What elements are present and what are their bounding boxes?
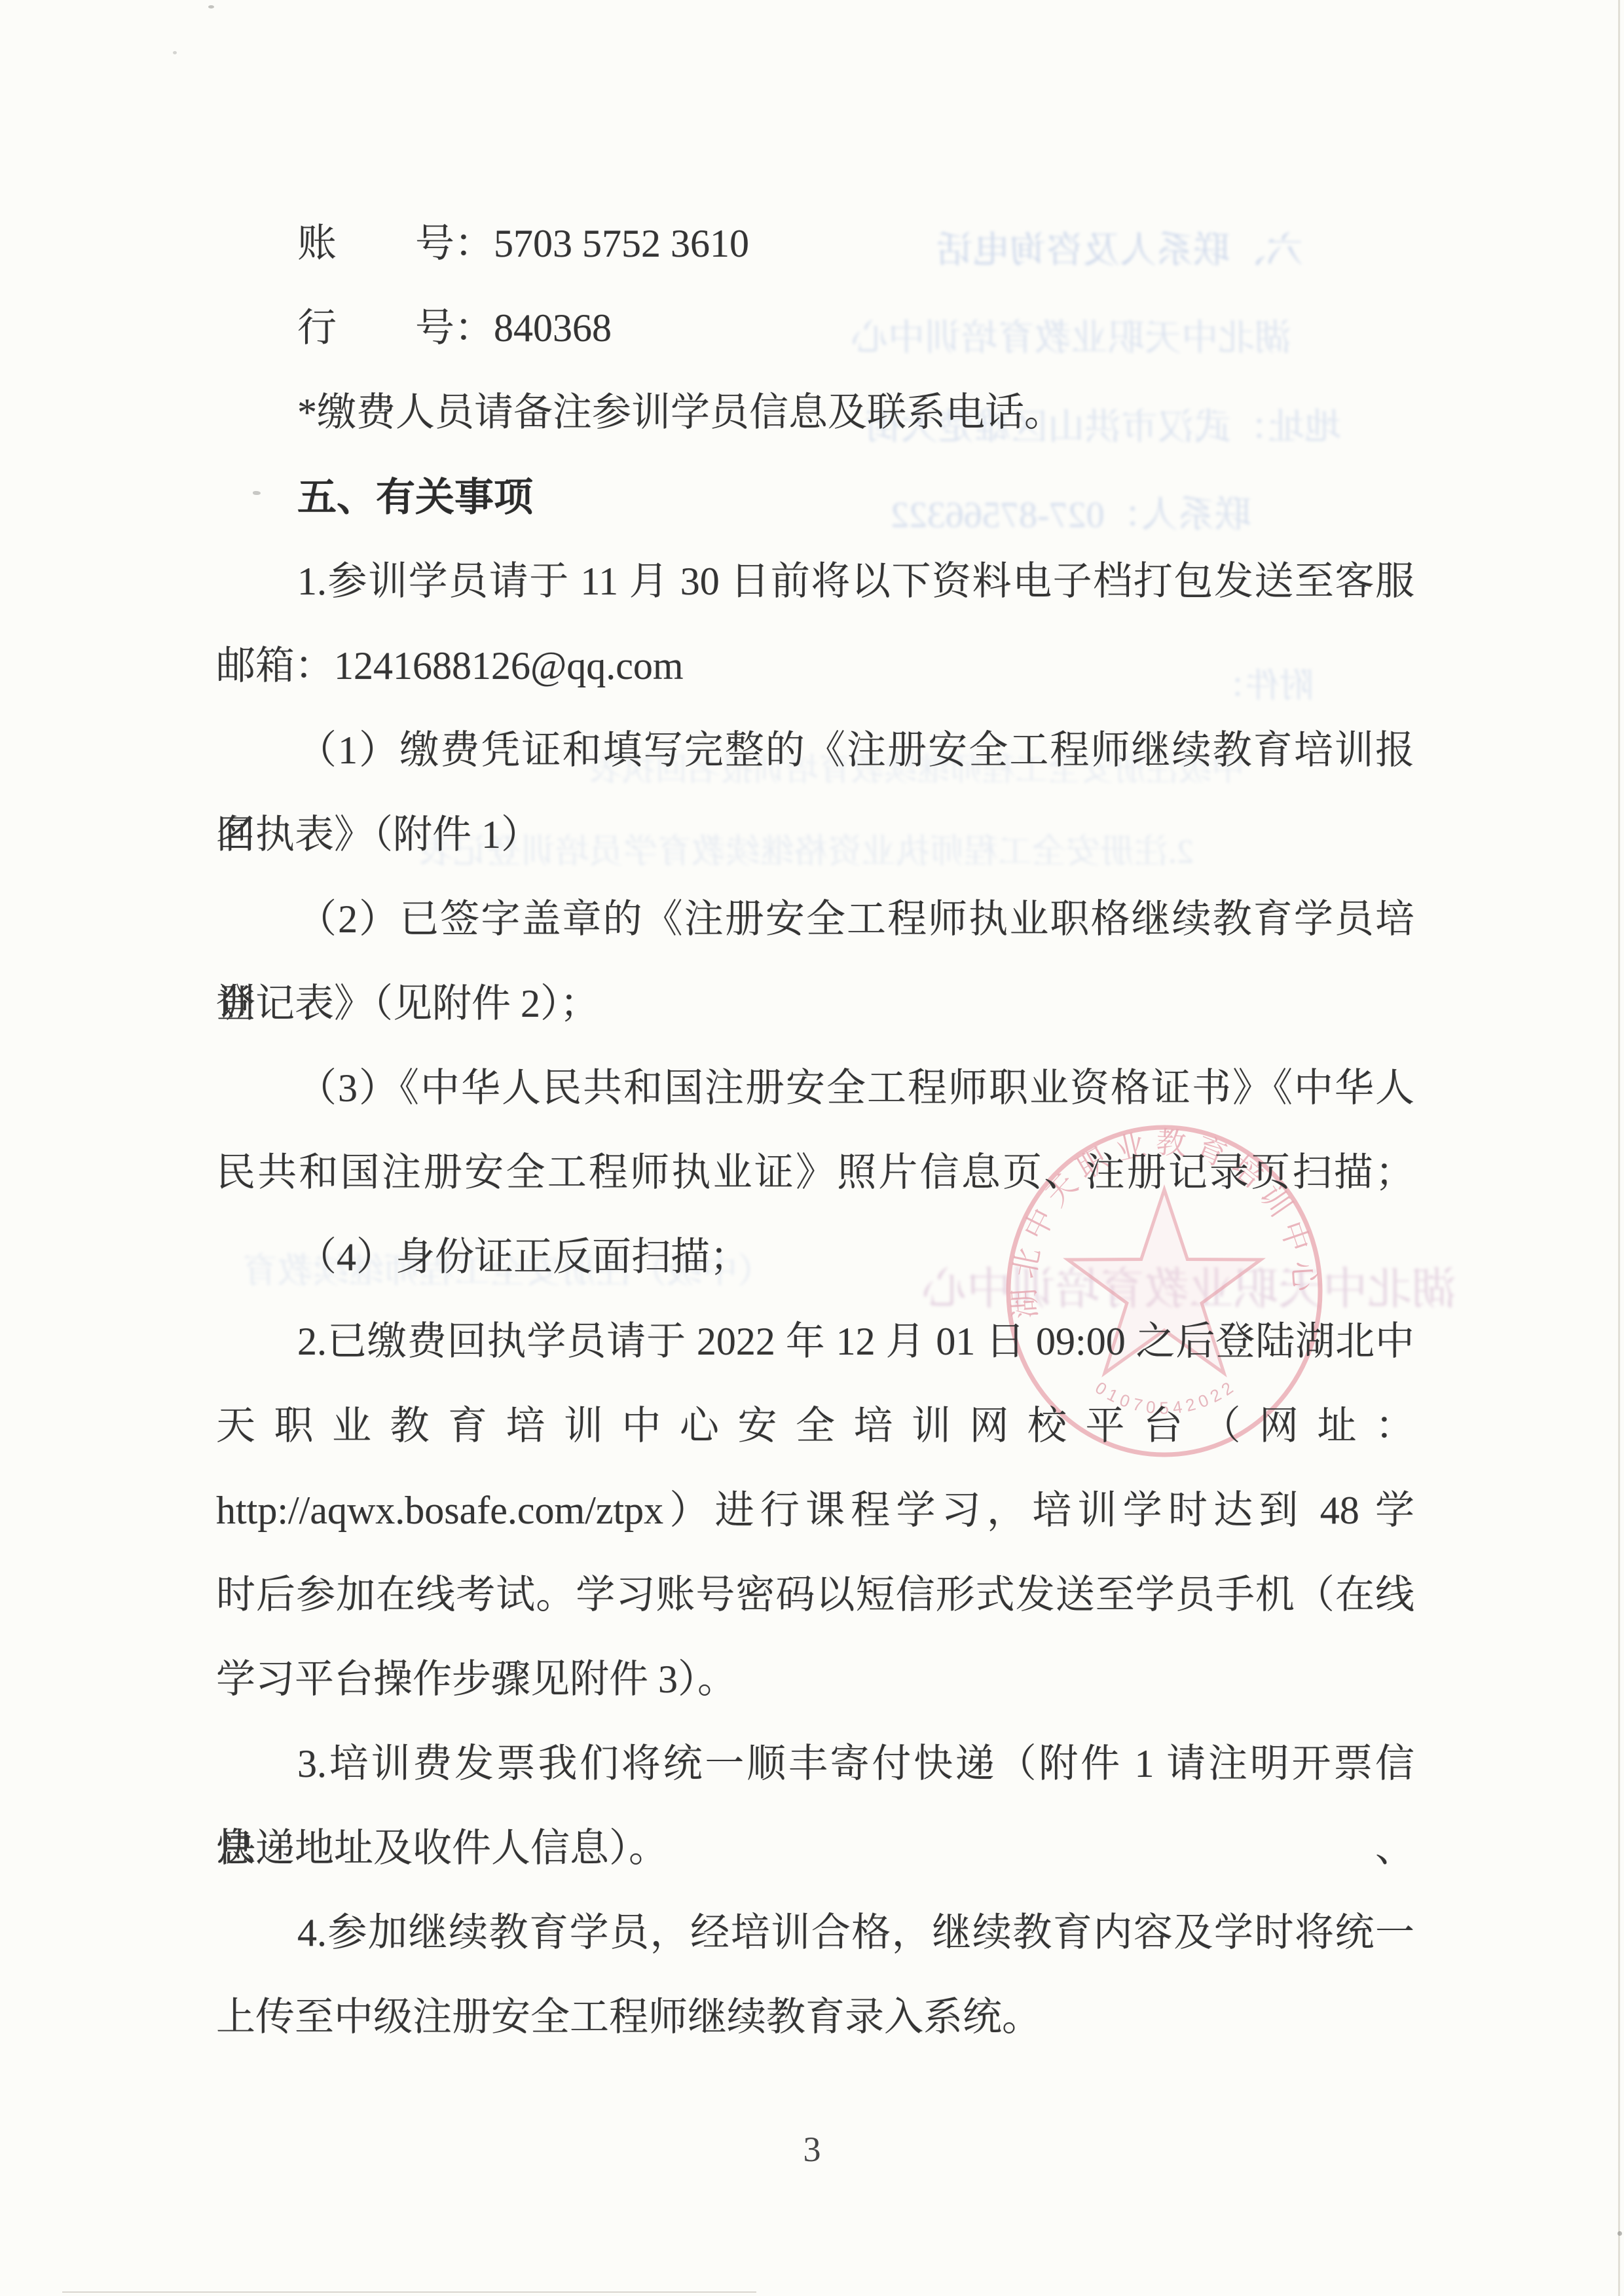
text-line: （3）《中华人民共和国注册安全工程师职业资格证书》《中华人	[216, 1046, 1414, 1131]
text-line: 上传至中级注册安全工程师继续教育录入系统。	[216, 1975, 1414, 2060]
text-line: 登记表》（见附件 2）；	[216, 962, 1414, 1046]
text-line: 时后参加在线考试。学习账号密码以短信形式发送至学员手机（在线	[216, 1553, 1414, 1637]
document-page: 六、联系人及咨询电话湖北中天职业教育培训中心地址：武汉市洪山区雄楚大街联系人：0…	[0, 0, 1624, 2296]
document-body: 账 号：5703 5752 3610行 号：840368*缴费人员请备注参训学员…	[216, 202, 1414, 2060]
scan-speck	[253, 491, 261, 495]
text-line: *缴费人员请备注参训学员信息及联系电话。	[216, 371, 1414, 455]
page-number: 3	[0, 2129, 1624, 2170]
text-line: 五、有关事项	[216, 455, 1414, 539]
text-line: 4.参加继续教育学员，经培训合格，继续教育内容及学时将统一	[216, 1891, 1414, 1975]
text-line: 账 号：5703 5752 3610	[216, 202, 1414, 286]
scan-speck	[173, 51, 177, 54]
text-line: 民共和国注册安全工程师执业证》照片信息页、注册记录页扫描；	[216, 1131, 1414, 1215]
text-line: （2）已签字盖章的《注册安全工程师执业职格继续教育学员培训	[216, 877, 1414, 962]
scan-speck	[1617, 2231, 1622, 2236]
text-line: （4）身份证正反面扫描；	[216, 1215, 1414, 1300]
text-line: 2.已缴费回执学员请于 2022 年 12 月 01 日 09:00 之后登陆湖…	[216, 1300, 1414, 1384]
scan-edge-artifact-right	[1618, 0, 1620, 2296]
scan-edge-artifact-bottom	[62, 2291, 756, 2293]
text-line: 回执表》（附件 1）	[216, 793, 1414, 877]
text-line: 行 号：840368	[216, 286, 1414, 371]
text-line: （1）缴费凭证和填写完整的《注册安全工程师继续教育培训报名	[216, 708, 1414, 793]
text-line: 邮箱：1241688126@qq.com	[216, 624, 1414, 708]
text-line: 天职业教育培训中心安全培训网校平台（网址：	[216, 1384, 1414, 1468]
text-line: http://aqwx.bosafe.com/ztpx）进行课程学习，培训学时达…	[216, 1468, 1414, 1553]
text-line: 3.培训费发票我们将统一顺丰寄付快递（附件 1 请注明开票信息、	[216, 1722, 1414, 1806]
text-line: 1.参训学员请于 11 月 30 日前将以下资料电子档打包发送至客服	[216, 539, 1414, 624]
scan-speck	[208, 5, 214, 9]
text-line: 学习平台操作步骤见附件 3）。	[216, 1637, 1414, 1722]
